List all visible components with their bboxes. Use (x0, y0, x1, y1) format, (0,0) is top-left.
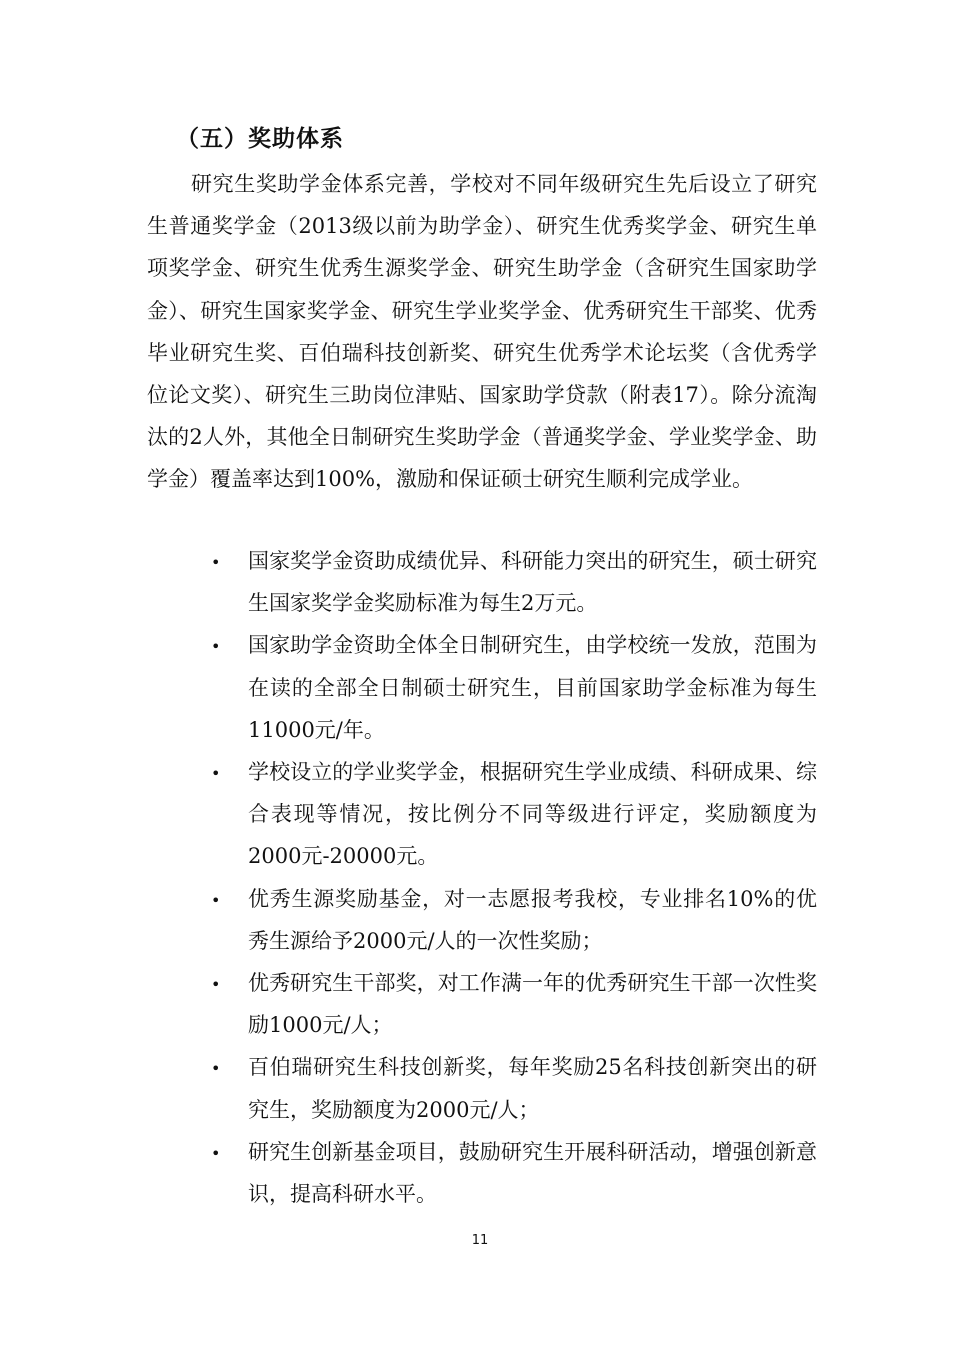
bullet-icon: • (211, 624, 220, 670)
list-item-text: 百伯瑞研究生科技创新奖，每年奖励25名科技创新突出的研究生，奖励额度为2000元… (248, 1055, 817, 1121)
list-item: • 国家奖学金资助成绩优异、科研能力突出的研究生，硕士研究生国家奖学金奖励标准为… (207, 540, 817, 624)
list-item-text: 学校设立的学业奖学金，根据研究生学业成绩、科研成果、综合表现等情况，按比例分不同… (248, 760, 817, 868)
document-page: （五）奖助体系 研究生奖助学金体系完善，学校对不同年级研究生先后设立了研究生普通… (0, 0, 960, 1357)
list-item: • 研究生创新基金项目，鼓励研究生开展科研活动，增强创新意识，提高科研水平。 (207, 1131, 817, 1215)
list-item: • 优秀生源奖励基金，对一志愿报考我校，专业排名10%的优秀生源给予2000元/… (207, 878, 817, 962)
list-item-text: 研究生创新基金项目，鼓励研究生开展科研活动，增强创新意识，提高科研水平。 (248, 1140, 817, 1206)
bullet-icon: • (211, 1131, 220, 1177)
list-item: • 百伯瑞研究生科技创新奖，每年奖励25名科技创新突出的研究生，奖励额度为200… (207, 1046, 817, 1130)
intro-paragraph: 研究生奖助学金体系完善，学校对不同年级研究生先后设立了研究生普通奖学金（2013… (147, 163, 817, 501)
page-number: 11 (0, 1233, 960, 1248)
list-item-text: 国家助学金资助全体全日制研究生，由学校统一发放，范围为在读的全部全日制硕士研究生… (248, 633, 817, 741)
bullet-icon: • (211, 962, 220, 1008)
bullet-icon: • (211, 878, 220, 924)
list-item: • 优秀研究生干部奖，对工作满一年的优秀研究生干部一次性奖励1000元/人； (207, 962, 817, 1046)
section-heading: （五）奖助体系 (176, 120, 344, 153)
bullet-icon: • (211, 1046, 220, 1092)
award-bullet-list: • 国家奖学金资助成绩优异、科研能力突出的研究生，硕士研究生国家奖学金奖励标准为… (207, 540, 817, 1215)
list-item-text: 优秀生源奖励基金，对一志愿报考我校，专业排名10%的优秀生源给予2000元/人的… (248, 887, 817, 953)
bullet-icon: • (211, 751, 220, 797)
list-item: • 国家助学金资助全体全日制研究生，由学校统一发放，范围为在读的全部全日制硕士研… (207, 624, 817, 751)
list-item-text: 优秀研究生干部奖，对工作满一年的优秀研究生干部一次性奖励1000元/人； (248, 971, 817, 1037)
list-item: • 学校设立的学业奖学金，根据研究生学业成绩、科研成果、综合表现等情况，按比例分… (207, 751, 817, 878)
bullet-icon: • (211, 540, 220, 586)
list-item-text: 国家奖学金资助成绩优异、科研能力突出的研究生，硕士研究生国家奖学金奖励标准为每生… (248, 549, 817, 615)
